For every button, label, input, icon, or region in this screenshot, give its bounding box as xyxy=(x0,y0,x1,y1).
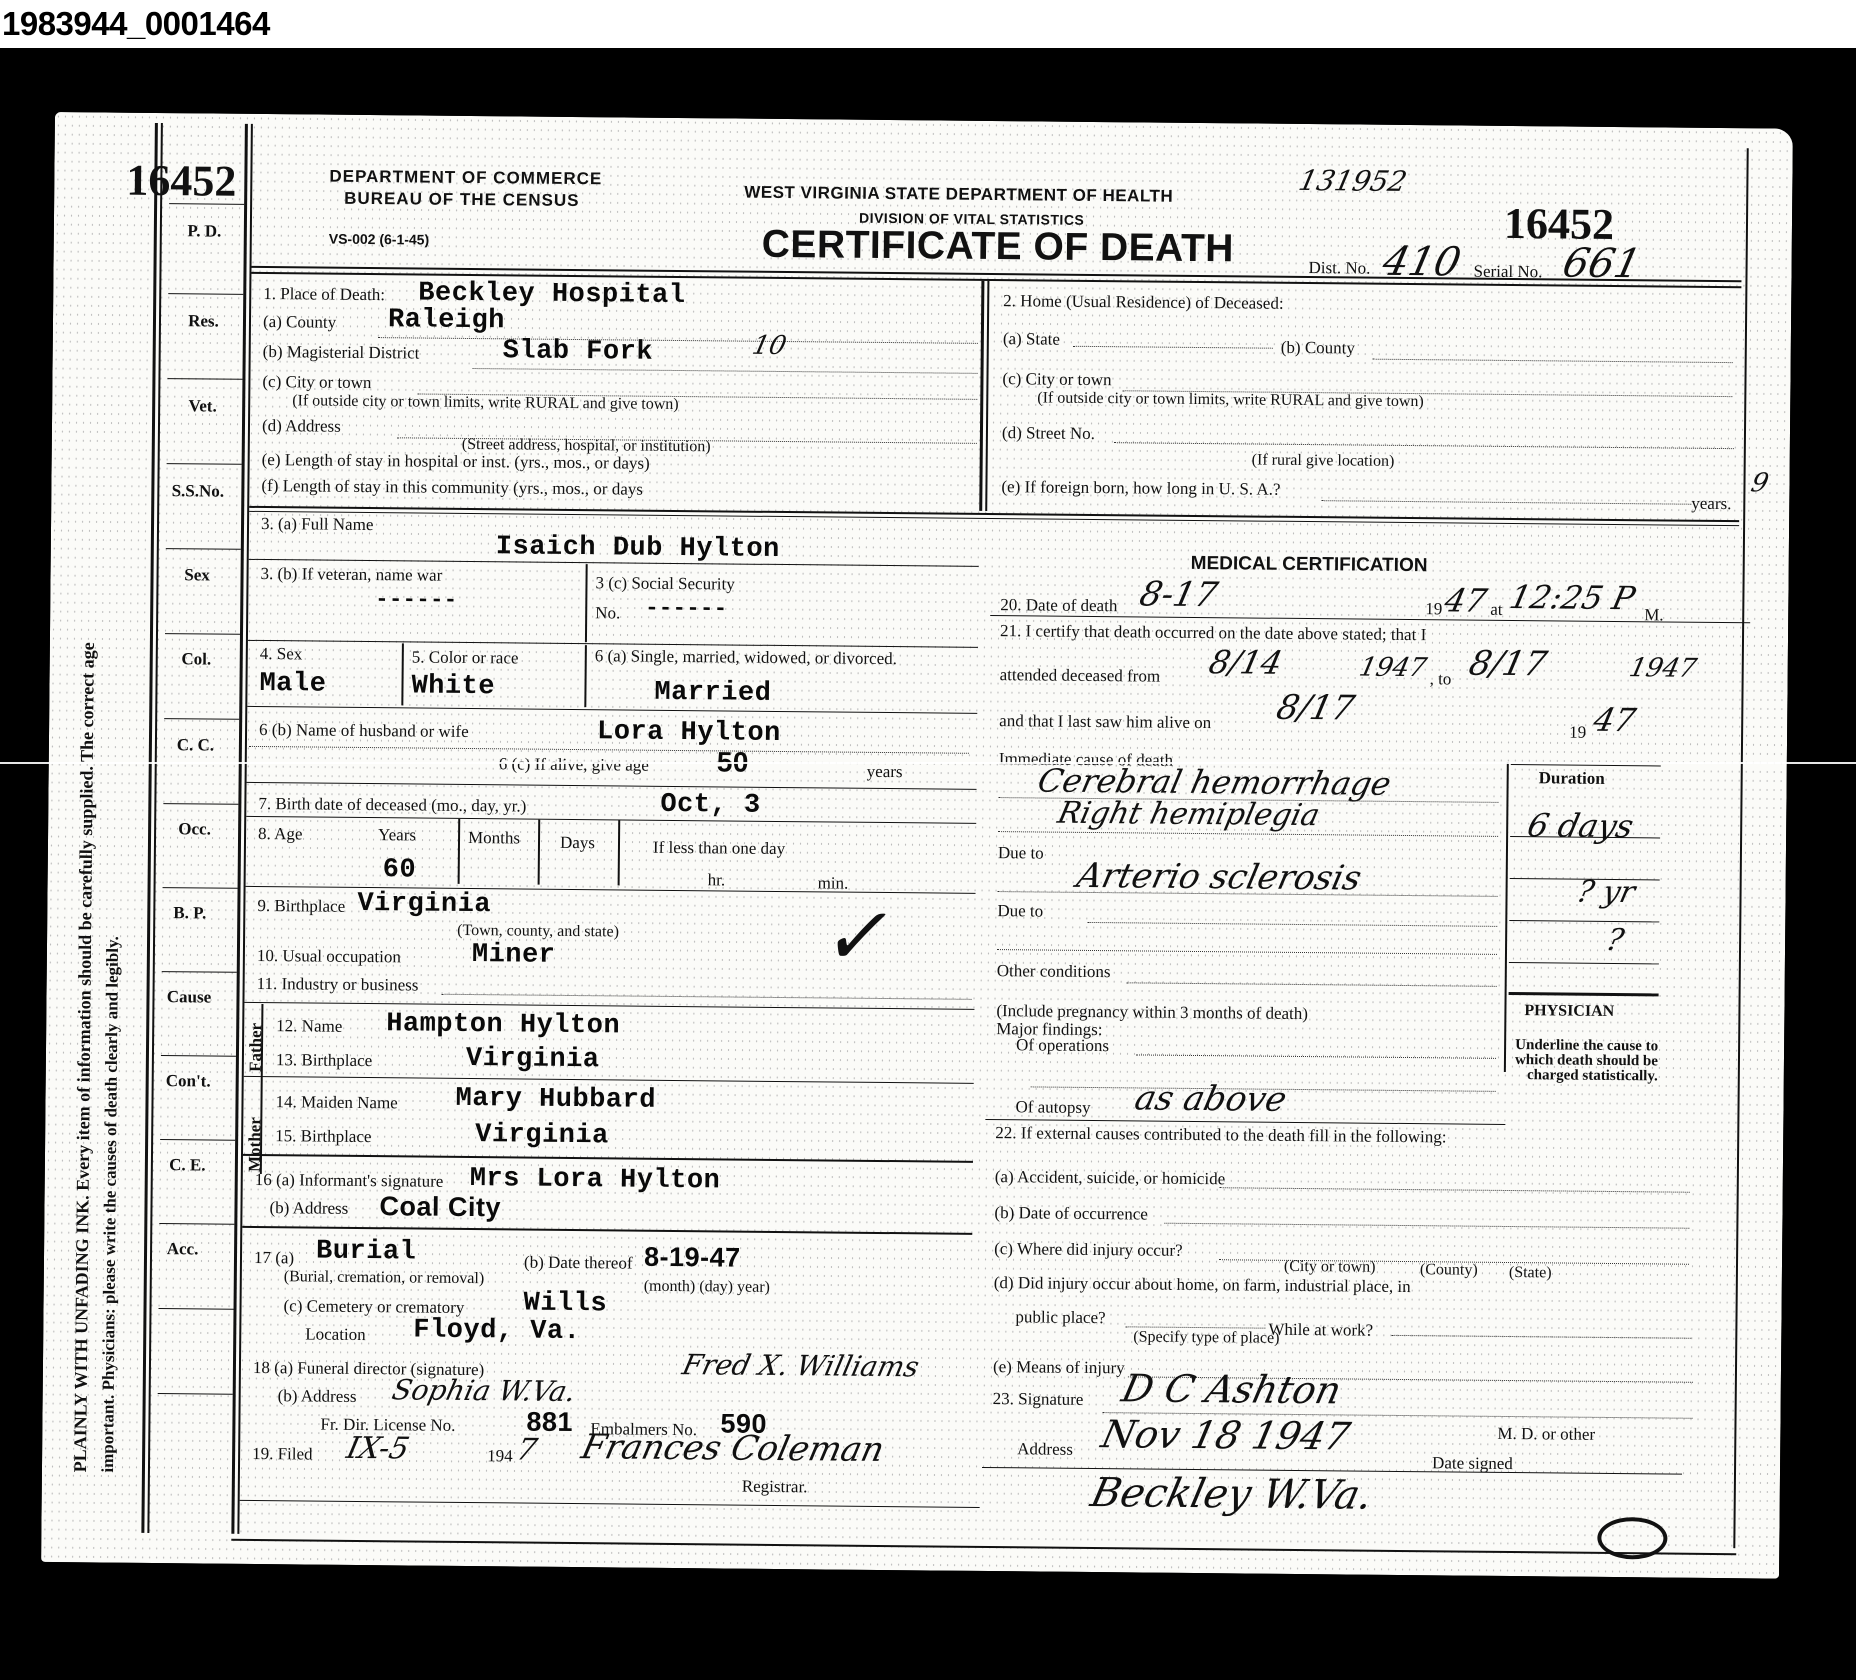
informant-address-label: (b) Address xyxy=(269,1198,348,1219)
mother-birthplace-value: Virginia xyxy=(475,1120,609,1151)
disposition-value: Burial xyxy=(316,1237,417,1268)
side-label-sex: Sex xyxy=(154,565,239,586)
duration-label: Duration xyxy=(1539,768,1605,789)
registrar-signature: Frances Coleman xyxy=(578,1427,888,1470)
social-security-no-label: No. xyxy=(595,603,620,623)
last-seen-label: and that I last saw him alive on xyxy=(999,711,1211,733)
accident-label: (a) Accident, suicide, or homicide xyxy=(995,1167,1226,1189)
full-name-label: 3. (a) Full Name xyxy=(261,514,374,535)
foreign-born-unit: years. xyxy=(1691,494,1731,514)
filed-value: IX-5 xyxy=(343,1431,412,1467)
informant-label: 16 (a) Informant's signature xyxy=(255,1170,444,1192)
due-to-1-label: Due to xyxy=(998,843,1044,863)
stay-community-label: (f) Length of stay in this community (yr… xyxy=(261,476,643,500)
location-value: Floyd, Va. xyxy=(413,1315,580,1347)
mother-tag: Mother xyxy=(245,1117,266,1172)
social-security-value: ------ xyxy=(645,596,727,622)
residence-margin-mark: 9 xyxy=(1748,468,1771,498)
location-label: Location xyxy=(305,1324,366,1345)
foreign-born-label: (e) If foreign born, how long in U. S. A… xyxy=(1001,477,1280,500)
place-of-death-label: 1. Place of Death: xyxy=(263,284,385,305)
birthplace-label: 9. Birthplace xyxy=(257,896,345,917)
age-hr-label: hr. xyxy=(708,870,726,890)
district-label: (b) Magisterial District xyxy=(263,342,420,364)
age-months-label: Months xyxy=(468,828,520,848)
funeral-director-value: Fred X. Williams xyxy=(679,1348,922,1383)
spouse-age-unit: years xyxy=(867,762,903,782)
death-city-note: (If outside city or town limits, write R… xyxy=(292,392,679,414)
certify-text: 21. I certify that death occurred on the… xyxy=(1000,621,1426,645)
duration-2: ? yr xyxy=(1574,875,1639,910)
bottom-border xyxy=(231,1539,1736,1555)
union-label-stamp xyxy=(1597,1517,1667,1560)
handwritten-number: 131952 xyxy=(1296,164,1410,198)
side-label-ce: C. E. xyxy=(145,1155,230,1176)
marital-label: 6 (a) Single, married, widowed, or divor… xyxy=(595,649,965,667)
age-years-label: Years xyxy=(378,825,416,845)
attended-to-year: 1947 xyxy=(1626,653,1699,684)
veteran-value: ------ xyxy=(375,587,457,613)
immediate-cause-line2: Right hemiplegia xyxy=(1054,796,1322,833)
father-name-label: 12. Name xyxy=(276,1016,342,1037)
residence-street-label: (d) Street No. xyxy=(1002,423,1095,444)
birthplace-value: Virginia xyxy=(357,889,491,920)
attended-to-value: 8/17 xyxy=(1465,644,1550,685)
where-note-county: (County) xyxy=(1420,1261,1478,1280)
side-label-pd: P. D. xyxy=(162,221,247,242)
father-birthplace-value: Virginia xyxy=(466,1044,600,1075)
dept-commerce: DEPARTMENT OF COMMERCE xyxy=(329,167,602,190)
spouse-label: 6 (b) Name of husband or wife xyxy=(259,720,469,742)
scan-file-id: 1983944_0001464 xyxy=(2,0,270,48)
race-value: White xyxy=(411,671,495,702)
residence-state-label: (a) State xyxy=(1003,329,1060,350)
father-name-value: Hampton Hylton xyxy=(386,1009,620,1041)
disposition-date-label: (b) Date thereof xyxy=(524,1253,633,1274)
specify-place-note: (Specify type of place) xyxy=(1133,1328,1279,1347)
side-label-vet: Vet. xyxy=(160,396,245,417)
public-place-label: public place? xyxy=(1015,1307,1105,1328)
occupation-label: 10. Usual occupation xyxy=(257,946,401,967)
due-to-2-label: Due to xyxy=(997,901,1043,921)
residence-city-label: (c) City or town xyxy=(1002,369,1111,390)
race-label: 5. Color or race xyxy=(412,647,519,668)
bureau-census: BUREAU OF THE CENSUS xyxy=(344,189,580,211)
death-year-prefix: 19 xyxy=(1425,599,1442,619)
at-label: at xyxy=(1490,600,1502,620)
side-label-ssno: S.S.No. xyxy=(155,481,240,502)
certificate-number-left: 16452 xyxy=(126,155,236,207)
to-label: , to xyxy=(1430,669,1452,689)
death-address-label: (d) Address xyxy=(262,416,341,437)
disposition-note: (Burial, cremation, or removal) xyxy=(284,1268,485,1288)
side-label-cause: Cause xyxy=(146,987,231,1008)
industry-label: 11. Industry or business xyxy=(257,974,419,996)
last-seen-year-prefix: 19 xyxy=(1569,723,1586,743)
mother-name-value: Mary Hubbard xyxy=(455,1084,656,1116)
occupation-value: Miner xyxy=(472,940,556,971)
autopsy-label: Of autopsy xyxy=(1015,1097,1090,1118)
age-years-value: 60 xyxy=(383,855,417,885)
mother-name-label: 14. Maiden Name xyxy=(275,1092,397,1113)
birthplace-note: (Town, county, and state) xyxy=(457,922,619,942)
injury-about-label: (d) Did injury occur about home, on farm… xyxy=(994,1273,1411,1297)
side-label-acc: Acc. xyxy=(140,1239,225,1260)
attended-label: attended deceased from xyxy=(1000,665,1161,687)
filed-label: 19. Filed xyxy=(252,1444,313,1465)
funeral-address-label: (b) Address xyxy=(278,1386,357,1407)
marital-value: Married xyxy=(654,678,771,709)
filed-year-prefix: 194 xyxy=(487,1446,513,1466)
birth-date-value: Oct, 3 xyxy=(660,790,761,821)
physician-note: Underline the cause to which death shoul… xyxy=(1510,1038,1658,1084)
external-causes-label: 22. If external causes contributed to th… xyxy=(995,1125,1655,1147)
mother-birthplace-label: 15. Birthplace xyxy=(275,1126,372,1147)
veteran-label: 3. (b) If veteran, name war xyxy=(260,564,442,586)
county-label: (a) County xyxy=(263,312,336,333)
residence-street-note: (If rural give location) xyxy=(1252,452,1395,471)
scan-artifact-line xyxy=(0,762,1856,764)
side-label-cc: C. C. xyxy=(153,735,238,756)
side-label-cont: Con't. xyxy=(146,1071,231,1092)
informant-address-value: Coal City xyxy=(379,1191,501,1223)
death-date-value: 8-17 xyxy=(1136,574,1221,615)
spouse-value: Lora Hylton xyxy=(597,717,781,749)
check-mark: ✓ xyxy=(817,890,905,983)
while-at-work-label: While at work? xyxy=(1268,1320,1373,1341)
informant-value: Mrs Lora Hylton xyxy=(470,1164,721,1196)
spouse-age-label: 6 (c) If alive, give age xyxy=(499,754,649,775)
residence-label: 2. Home (Usual Residence) of Deceased: xyxy=(1003,291,1284,314)
sex-value: Male xyxy=(259,669,326,700)
district-mark: 10 xyxy=(749,331,789,361)
death-certificate: PLAINLY WITH UNFADING INK. Every item of… xyxy=(41,112,1793,1579)
operations-label: Of operations xyxy=(1016,1035,1109,1056)
duration-1: 6 days xyxy=(1524,806,1637,845)
where-note-city: (City or town) xyxy=(1284,1258,1376,1277)
medical-heading: MEDICAL CERTIFICATION xyxy=(1191,553,1428,577)
social-security-label: 3 (c) Social Security xyxy=(595,573,734,594)
age-label: 8. Age xyxy=(258,824,303,844)
right-border xyxy=(1733,148,1748,1548)
physician-heading: PHYSICIAN xyxy=(1524,1002,1614,1021)
age-days-label: Days xyxy=(560,833,595,853)
attended-from-value: 8/14 xyxy=(1206,643,1286,682)
side-label-col: Col. xyxy=(154,649,239,670)
district-value: Slab Fork xyxy=(503,336,654,367)
physician-address-label: Address xyxy=(1017,1439,1073,1460)
death-time-value: 12:25 P xyxy=(1506,578,1638,617)
physician-signature: D C Ashton xyxy=(1118,1366,1346,1412)
death-date-label: 20. Date of death xyxy=(1000,595,1117,616)
means-of-injury-label: (e) Means of injury xyxy=(993,1357,1125,1378)
margin-instructions-1: PLAINLY WITH UNFADING INK. Every item of… xyxy=(70,642,99,1472)
stay-hospital-label: (e) Length of stay in hospital or inst. … xyxy=(262,450,650,474)
father-birthplace-label: 13. Birthplace xyxy=(276,1050,373,1071)
county-value: Raleigh xyxy=(388,305,505,336)
margin-instructions-2: important. Physicians: please write the … xyxy=(98,936,123,1473)
cemetery-label: (c) Cemetery or crematory xyxy=(283,1296,464,1318)
physician-address-value: Beckley W.Va. xyxy=(1087,1470,1377,1519)
attended-from-year: 1947 xyxy=(1356,653,1429,684)
death-city-label: (c) City or town xyxy=(262,372,371,393)
residence-city-note: (If outside city or town limits, write R… xyxy=(1037,389,1424,411)
other-conditions-label: Other conditions xyxy=(997,961,1111,982)
state-department: WEST VIRGINIA STATE DEPARTMENT OF HEALTH xyxy=(744,183,1173,207)
occurrence-date-label: (b) Date of occurrence xyxy=(994,1203,1148,1224)
residence-county-label: (b) County xyxy=(1281,338,1355,359)
md-or-other-label: M. D. or other xyxy=(1497,1424,1595,1445)
side-label-bp: B. P. xyxy=(147,903,232,924)
disposition-date-value: 8-19-47 xyxy=(644,1242,741,1274)
last-seen-year-value: 47 xyxy=(1590,701,1639,739)
injury-where-label: (c) Where did injury occur? xyxy=(994,1239,1183,1261)
date-signed-value: Nov 18 1947 xyxy=(1097,1412,1354,1458)
form-code: VS-002 (6-1-45) xyxy=(329,231,430,248)
side-label-occ: Occ. xyxy=(152,819,237,840)
sex-label: 4. Sex xyxy=(260,644,303,664)
filed-year-value: 7 xyxy=(513,1433,540,1468)
age-less-day-label: If less than one day xyxy=(653,838,785,859)
signature-label: 23. Signature xyxy=(993,1389,1084,1410)
disposition-date-note: (month) (day) year) xyxy=(644,1278,770,1297)
page-title: CERTIFICATE OF DEATH xyxy=(762,223,1235,272)
death-year-value: 47 xyxy=(1441,581,1490,619)
side-label-res: Res. xyxy=(161,311,246,332)
funeral-address-value: Sophia W.Va. xyxy=(389,1373,579,1408)
full-name-value: Isaich Dub Hylton xyxy=(496,532,780,565)
duration-3: ? xyxy=(1603,923,1627,958)
birth-date-label: 7. Birth date of deceased (mo., day, yr.… xyxy=(258,794,526,817)
father-tag: Father xyxy=(246,1023,266,1072)
disposition-label: 17 (a) xyxy=(254,1248,294,1268)
cemetery-value: Wills xyxy=(523,1289,607,1320)
where-note-state: (State) xyxy=(1509,1264,1552,1282)
autopsy-value: as above xyxy=(1131,1078,1290,1119)
last-seen-value: 8/17 xyxy=(1273,688,1358,729)
registrar-label: Registrar. xyxy=(742,1477,808,1498)
